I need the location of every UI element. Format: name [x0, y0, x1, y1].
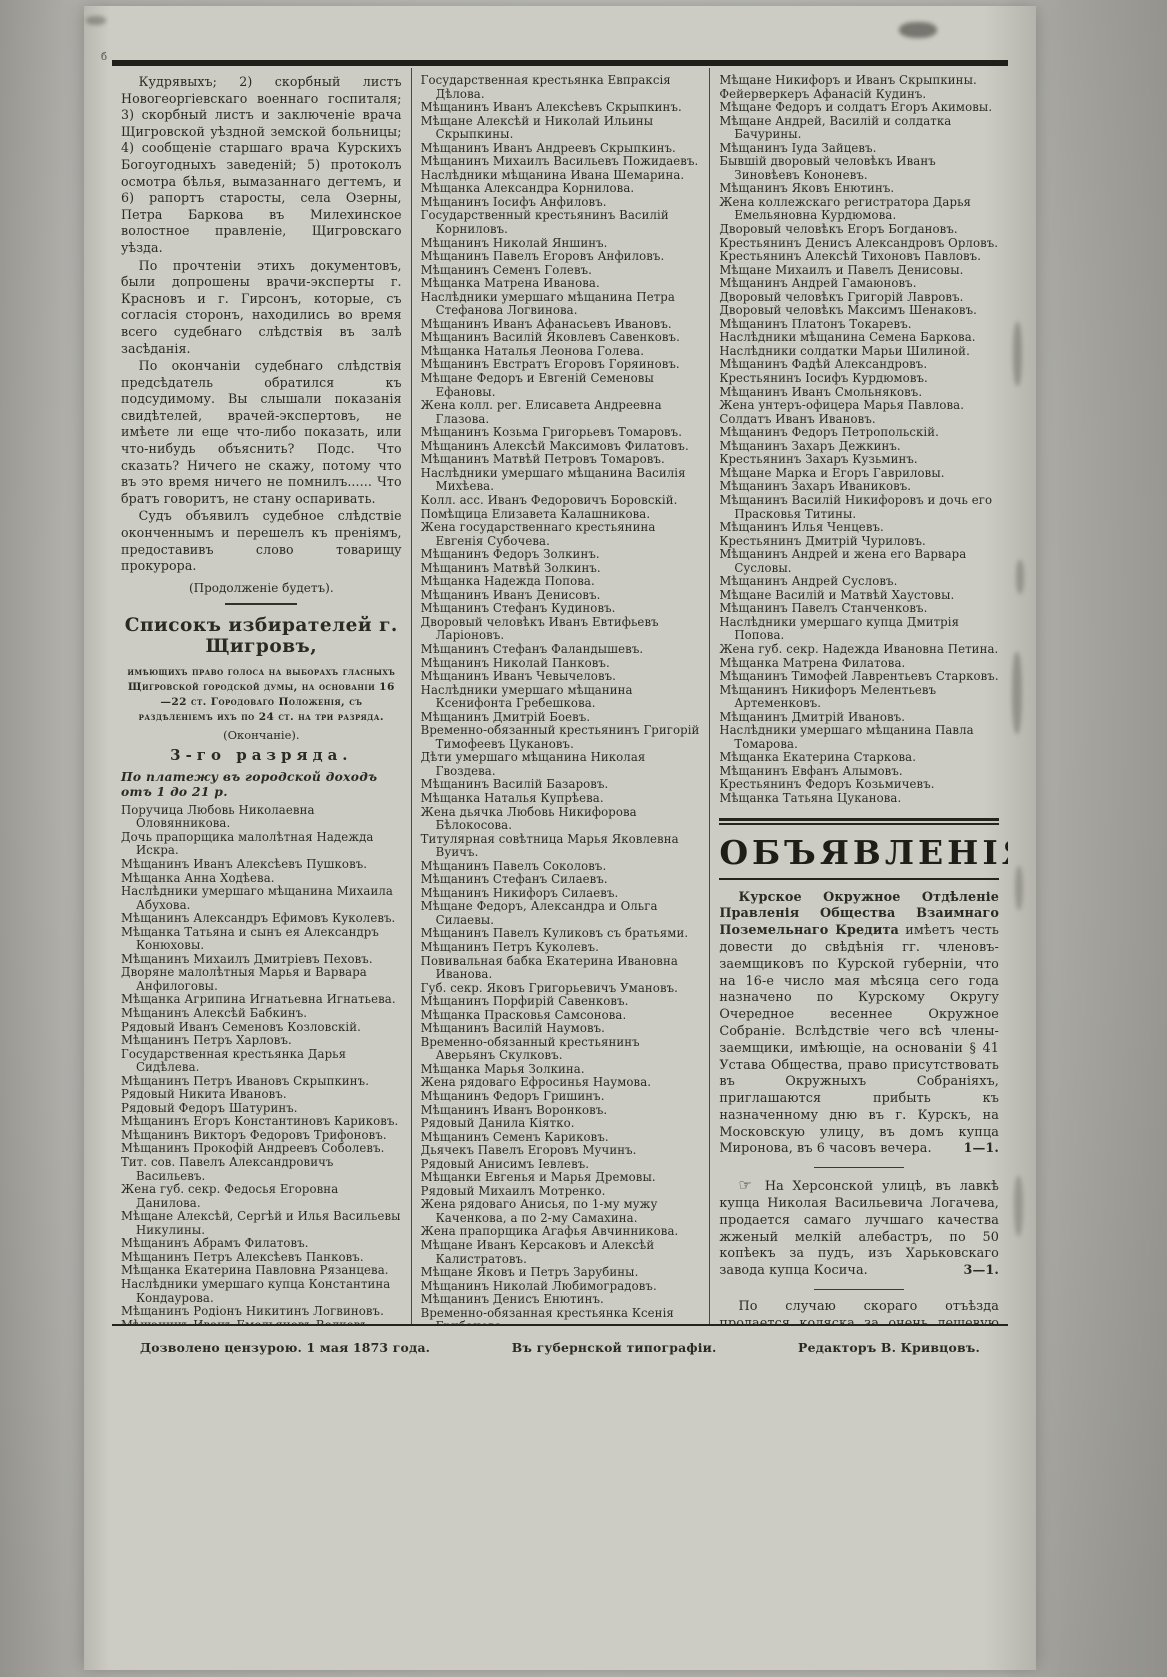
to-be-continued-note: (Продолженіе будетъ). — [121, 581, 402, 595]
voter-list-item: Мѣщанинъ Александръ Ефимовъ Куколевъ. — [121, 912, 402, 926]
voter-list-item: Мѣщанинъ Николай Яншинъ. — [421, 237, 701, 251]
voter-list-item: Наслѣдники умершаго мѣщанина Михаила Абу… — [121, 885, 402, 912]
voter-list-item: Мѣщанинъ Тимофей Лаврентьевъ Старковъ. — [719, 670, 999, 684]
voter-list-item: Рядовый Михаилъ Мотренко. — [421, 1185, 701, 1199]
voter-list-item: Мѣщанинъ Павелъ Станченковъ. — [719, 602, 999, 616]
voter-list-item: Мѣщане Иванъ Керсаковъ и Алексѣй Калистр… — [421, 1239, 701, 1266]
voter-list-item: Мѣщанинъ Иванъ Алексѣевъ Скрыпкинъ. — [421, 101, 701, 115]
voter-list-item: Государственный крестьянинъ Василій Корн… — [421, 209, 701, 236]
voter-list-item: Мѣщане Марка и Егоръ Гавриловы. — [719, 467, 999, 481]
voter-list-item: Дворовый человѣкъ Егоръ Богдановъ. — [719, 223, 999, 237]
voter-list-item: Мѣщанинъ Дмитрій Ивановъ. — [719, 711, 999, 725]
voter-list-item: Крестьянинъ Захаръ Кузьминъ. — [719, 453, 999, 467]
voter-list-item: Мѣщанка Прасковья Самсонова. — [421, 1009, 701, 1023]
voter-list-column3: Мѣщане Никифоръ и Иванъ Скрыпкины. Фейер… — [719, 74, 999, 806]
voter-list-item: Мѣщанинъ Семенъ Голевъ. — [421, 264, 701, 278]
voter-list-item: Дворяне малолѣтныя Марья и Варвара Анфил… — [121, 966, 402, 993]
voter-list-item: Крестьянинъ Денисъ Александровъ Орловъ. — [719, 237, 999, 251]
voter-list-item: Мѣщанинъ Павелъ Егоровъ Анфиловъ. — [421, 250, 701, 264]
voter-list-item: Мѣщанки Евгенья и Марья Дремовы. — [421, 1171, 701, 1185]
voter-list-item: Титулярная совѣтница Марья Яковлевна Вуи… — [421, 833, 701, 860]
voter-list-item: Мѣщанинъ Іосифъ Анфиловъ. — [421, 196, 701, 210]
category-heading: 3-го разряда. — [121, 746, 402, 764]
voter-list-item: Наслѣдники умершаго купца Дмитрія Попова… — [719, 616, 999, 643]
voter-list-item: Мѣщанинъ Стефанъ Фаландышевъ. — [421, 643, 701, 657]
voter-list-item: Жена рядоваго Анисья, по 1-му мужу Качен… — [421, 1198, 701, 1225]
voter-list-item: Мѣщанинъ Андрей Сусловъ. — [719, 575, 999, 589]
announcement-text: На Херсонской улицѣ, въ лавкѣ купца Нико… — [719, 1179, 999, 1278]
voter-list-item: Рядовый Никита Ивановъ. — [121, 1088, 402, 1102]
editor-note: Редакторъ В. Кривцовъ. — [798, 1340, 980, 1355]
voter-list-item: Мѣщанинъ Стефанъ Кудиновъ. — [421, 602, 701, 616]
announcement-divider — [814, 1289, 904, 1290]
column-1: Кудрявыхъ; 2) скорбный листъ Новогеоргіе… — [112, 68, 411, 1324]
voter-list-item: Мѣщанинъ Василій Наумовъ. — [421, 1022, 701, 1036]
column-2: Государственная крестьянка Евпраксія Дѣл… — [411, 68, 710, 1324]
article-paragraph: Кудрявыхъ; 2) скорбный листъ Новогеоргіе… — [121, 74, 402, 257]
voter-list-item: Мѣщане Федоръ и Евгеній Семеновы Ефановы… — [421, 372, 701, 399]
voter-list-item: Мѣщанинъ Никифоръ Силаевъ. — [421, 887, 701, 901]
voter-list-item: Временно-обязанная крестьянка Ксенія Гри… — [421, 1307, 701, 1324]
voter-list-item: Жена губ. секр. Надежда Ивановна Петина. — [719, 643, 999, 657]
voter-list-item: Дворовый человѣкъ Иванъ Евтифьевъ Ларіон… — [421, 616, 701, 643]
voter-list-item: Мѣщанинъ Илья Ченцевъ. — [719, 521, 999, 535]
voter-list-item: Мѣщанинъ Стефанъ Силаевъ. — [421, 873, 701, 887]
voter-list-item: Мѣщане Яковъ и Петръ Зарубины. — [421, 1266, 701, 1280]
voter-list-item: Мѣщанинъ Семенъ Кариковъ. — [421, 1131, 701, 1145]
article-paragraph: Судъ объявилъ судебное слѣдствіе окончен… — [121, 508, 402, 574]
voter-list-item: Мѣщанинъ Матвѣй Золкинъ. — [421, 562, 701, 576]
voter-list-item: Наслѣдники мѣщанина Семена Баркова. — [719, 331, 999, 345]
voter-list-item: Мѣщанинъ Николай Любимоградовъ. — [421, 1280, 701, 1294]
voter-list-item: Мѣщанинъ Петръ Харловъ. — [121, 1034, 402, 1048]
voter-list-item: Мѣщанинъ Никифоръ Мелентьевъ Артеменковъ… — [719, 684, 999, 711]
voter-list-item: Помѣщица Елизавета Калашникова. — [421, 508, 701, 522]
voter-list-item: Повивальная бабка Екатерина Ивановна Ива… — [421, 955, 701, 982]
voter-list-item: Мѣщанинъ Василій Никифоровъ и дочь его П… — [719, 494, 999, 521]
printed-area: Кудрявыхъ; 2) скорбный листъ Новогеоргіе… — [112, 60, 1008, 1355]
voter-list-item: Мѣщанинъ Фадѣй Александровъ. — [719, 358, 999, 372]
voter-list-item: Мѣщанинъ Захаръ Иваниковъ. — [719, 480, 999, 494]
announcement-divider — [814, 1167, 904, 1168]
voter-list-item: Жена прапорщика Агафья Авчинникова. — [421, 1225, 701, 1239]
voter-list-item: Мѣщане Федоръ и солдатъ Егоръ Акимовы. — [719, 101, 999, 115]
voter-list-item: Мѣщанинъ Михаилъ Васильевъ Пожидаевъ. — [421, 155, 701, 169]
voter-list-item: Мѣщанинъ Егоръ Константиновъ Кариковъ. — [121, 1115, 402, 1129]
voter-list-item: Мѣщанинъ Андрей Гамаюновъ. — [719, 277, 999, 291]
column-3: Мѣщане Никифоръ и Иванъ Скрыпкины. Фейер… — [709, 68, 1008, 1324]
voter-list-item: Мѣщанка Агрипина Игнатьевна Игнатьева. — [121, 993, 402, 1007]
voter-list-item: Мѣщанка Наталья Купрѣева. — [421, 792, 701, 806]
voter-list-item: Мѣщанинъ Андрей и жена его Варвара Сусло… — [719, 548, 999, 575]
voter-list-item: Жена рядоваго Ефросинья Наумова. — [421, 1076, 701, 1090]
voter-list-item: Мѣщанинъ Евстратъ Егоровъ Горяиновъ. — [421, 358, 701, 372]
voter-list-item: Мѣщанинъ Николай Панковъ. — [421, 657, 701, 671]
voter-list-item: Жена унтеръ-офицера Марья Павлова. — [719, 399, 999, 413]
announcement-credit-society: Курское Окружное Отдѣленіе Правленія Общ… — [719, 890, 999, 1159]
voter-list-item: Колл. асс. Иванъ Федоровичъ Боровскій. — [421, 494, 701, 508]
voter-list-item: Государственная крестьянка Дарья Сидѣлев… — [121, 1048, 402, 1075]
pointing-hand-icon: ☞ — [739, 1176, 757, 1194]
section-divider — [225, 603, 297, 605]
voter-list-item: Мѣщанка Наталья Леонова Голева. — [421, 345, 701, 359]
voter-list-item: Мѣщанинъ Иванъ Воронковъ. — [421, 1104, 701, 1118]
newspaper-page: { "article": { "paragraphs": [ "Кудрявых… — [0, 0, 1167, 1677]
columns: Кудрявыхъ; 2) скорбный листъ Новогеоргіе… — [112, 68, 1008, 1324]
voter-list-item: Мѣщане Никифоръ и Иванъ Скрыпкины. — [719, 74, 999, 88]
printer-note: Въ губернской типографіи. — [512, 1340, 717, 1355]
voter-list-item: Мѣщанинъ Павелъ Куликовъ съ братьями. — [421, 927, 701, 941]
voter-list-item: Мѣщане Андрей, Василій и солдатка Бачури… — [719, 115, 999, 142]
voter-list-title: Списокъ избирателей г. Щигровъ, — [121, 615, 402, 657]
voter-list-item: Фейерверкеръ Афанасій Кудинъ. — [719, 88, 999, 102]
voter-list-item: Мѣщанинъ Иванъ Андреевъ Скрыпкинъ. — [421, 142, 701, 156]
voter-list-item: Государственная крестьянка Евпраксія Дѣл… — [421, 74, 701, 101]
category-note: По платежу въ городской доходъ отъ 1 до … — [121, 769, 402, 799]
voter-list-item: Мѣщанинъ Павелъ Соколовъ. — [421, 860, 701, 874]
voter-list-item: Мѣщанинъ Алексѣй Бабкинъ. — [121, 1007, 402, 1021]
announcement-run-mark: 3—1. — [964, 1263, 999, 1280]
voter-list-item: Мѣщанинъ Иванъ Афанасьевъ Ивановъ. — [421, 318, 701, 332]
ending-note: (Окончаніе). — [121, 728, 402, 742]
voter-list-item: Мѣщанка Анна Ходѣева. — [121, 872, 402, 886]
announcements-title-rule — [719, 878, 999, 880]
voter-list-item: Мѣщанинъ Василій Яковлевъ Савенковъ. — [421, 331, 701, 345]
page-edge-mark — [1014, 1176, 1023, 1236]
voter-list-item: Поручица Любовь Николаевна Оловянникова. — [121, 804, 402, 831]
voter-list-item: Наслѣдники умершаго мѣщанина Василія Мих… — [421, 467, 701, 494]
voter-list-item: Жена дьячка Любовь Никифорова Бѣлокосова… — [421, 806, 701, 833]
voter-list-item: Мѣщанинъ Денисъ Енютинъ. — [421, 1293, 701, 1307]
ink-smudge — [899, 22, 937, 38]
voter-list-item: Наслѣдники умершаго мѣщанина Павла Томар… — [719, 724, 999, 751]
page-edge-mark — [1016, 560, 1024, 594]
announcement-run-mark: 1—1. — [964, 1141, 999, 1158]
voter-list-item: Мѣщанка Матрена Иванова. — [421, 277, 701, 291]
voter-list-item: Мѣщанинъ Иванъ Денисовъ. — [421, 589, 701, 603]
voter-list-subtitle: имѣющихъ право голоса на выборахъ гласны… — [121, 665, 402, 725]
voter-list-item: Крестьянинъ Дмитрій Чуриловъ. — [719, 535, 999, 549]
voter-list-item: Мѣщанинъ Иванъ Смольняковъ. — [719, 386, 999, 400]
voter-list-item: Наслѣдники умершаго мѣщанина Петра Стефа… — [421, 291, 701, 318]
masthead-rule — [112, 60, 1008, 66]
voter-list-item: Мѣщане Алексѣй и Николай Ильины Скрыпкин… — [421, 115, 701, 142]
voter-list-item: Жена государственнаго крестьянина Евгені… — [421, 521, 701, 548]
voter-list-item: Временно-обязанный крестьянинъ Аверьянъ … — [421, 1036, 701, 1063]
voter-list-item: Мѣщанинъ Іуда Зайцевъ. — [719, 142, 999, 156]
voter-list-item: Дѣти умершаго мѣщанина Николая Гвоздева. — [421, 751, 701, 778]
voter-list-item: Рядовый Данила Кіятко. — [421, 1117, 701, 1131]
voter-list-item: Мѣщане Алексѣй, Сергѣй и Илья Васильевы … — [121, 1210, 402, 1237]
voter-list-item: Мѣщане Василій и Матвѣй Хаустовы. — [719, 589, 999, 603]
voter-list-item: Дворовый человѣкъ Максимъ Шенаковъ. — [719, 304, 999, 318]
article-paragraph: По прочтеніи этихъ документовъ, были доп… — [121, 258, 402, 358]
voter-list-item: Жена коллежскаго регистратора Дарья Емел… — [719, 196, 999, 223]
announcement-carriage: По случаю скораго отъѣзда продается коля… — [719, 1299, 999, 1324]
voter-list-item: Мѣщанинъ Прокофій Андреевъ Соболевъ. — [121, 1142, 402, 1156]
voter-list-item: Мѣщанинъ Родіонъ Никитинъ Логвиновъ. — [121, 1305, 402, 1319]
voter-list-item: Мѣщанинъ Михаилъ Дмитріевъ Пеховъ. — [121, 953, 402, 967]
voter-list-item: Мѣщанинъ Козьма Григорьевъ Томаровъ. — [421, 426, 701, 440]
voter-list-item: Крестьянинъ Федоръ Козьмичевъ. — [719, 778, 999, 792]
page-edge-mark — [1015, 866, 1023, 910]
page-signature-mark: б — [101, 52, 107, 63]
voter-list-item: Дочь прапорщика малолѣтная Надежда Искра… — [121, 831, 402, 858]
voter-list-item: Мѣщанинъ Евфанъ Алымовъ. — [719, 765, 999, 779]
voter-list-item: Крестьянинъ Іосифъ Курдюмовъ. — [719, 372, 999, 386]
voter-list-item: Мѣщанинъ Петръ Алексѣевъ Панковъ. — [121, 1251, 402, 1265]
voter-list-item: Дворовый человѣкъ Григорій Лавровъ. — [719, 291, 999, 305]
voter-list-item: Мѣщанинъ Порфирій Савенковъ. — [421, 995, 701, 1009]
announcement-alabaster: ☞ На Херсонской улицѣ, въ лавкѣ купца Ни… — [719, 1177, 999, 1280]
voter-list-item: Мѣщанинъ Иванъ Чевычеловъ. — [421, 670, 701, 684]
ink-smudge — [86, 16, 106, 25]
voter-list-item: Наслѣдники мѣщанина Ивана Шемарина. — [421, 169, 701, 183]
voter-list-item: Мѣщанка Екатерина Старкова. — [719, 751, 999, 765]
voter-list-item: Мѣщанинъ Петръ Куколевъ. — [421, 941, 701, 955]
voter-list-item: Мѣщанинъ Яковъ Енютинъ. — [719, 182, 999, 196]
voter-list-item: Мѣщанка Александра Корнилова. — [421, 182, 701, 196]
voter-list-item: Мѣщанка Татьяна и сынъ ея Александръ Кон… — [121, 926, 402, 953]
page-edge-mark — [1013, 322, 1022, 386]
voter-list-item: Рядовый Иванъ Семеновъ Козловскій. — [121, 1021, 402, 1035]
voter-list-item: Жена губ. секр. Федосья Егоровна Данилов… — [121, 1183, 402, 1210]
voter-list-item: Мѣщане Федоръ, Александра и Ольга Силаев… — [421, 900, 701, 927]
announcement-text: По случаю скораго отъѣзда продается коля… — [719, 1299, 999, 1324]
voter-list-item: Рядовый Анисимъ Іевлевъ. — [421, 1158, 701, 1172]
voter-list-item: Жена колл. рег. Елисавета Андреевна Глаз… — [421, 399, 701, 426]
voter-list-item: Наслѣдники умершаго мѣщанина Ксенифонта … — [421, 684, 701, 711]
voter-list-item: Мѣщанинъ Абрамъ Филатовъ. — [121, 1237, 402, 1251]
voter-list-item: Бывшій дворовый человѣкъ Иванъ Зиновѣевъ… — [719, 155, 999, 182]
voter-list-item: Мѣщанинъ Матвѣй Петровъ Томаровъ. — [421, 453, 701, 467]
page-edge-mark — [1012, 652, 1022, 734]
voter-list-item: Мѣщанинъ Дмитрій Боевъ. — [421, 711, 701, 725]
voter-list-item: Наслѣдники умершаго купца Константина Ко… — [121, 1278, 402, 1305]
voter-list-item: Мѣщанинъ Федоръ Золкинъ. — [421, 548, 701, 562]
voter-list-item: Рядовый Федоръ Шатуринъ. — [121, 1102, 402, 1116]
voter-list-column1: Поручица Любовь Николаевна Оловянникова.… — [121, 804, 402, 1324]
article-paragraph: По окончаніи судебнаго слѣдствія предсѣд… — [121, 358, 402, 507]
voter-list-item: Солдатъ Иванъ Ивановъ. — [719, 413, 999, 427]
voter-list-item: Мѣщанинъ Иванъ Емельяновъ Волковъ. — [121, 1319, 402, 1324]
voter-list-item: Мѣщанинъ Захаръ Дежкинъ. — [719, 440, 999, 454]
voter-list-item: Мѣщанинъ Федоръ Петропольскій. — [719, 426, 999, 440]
voter-list-item: Мѣщанинъ Федоръ Гришинъ. — [421, 1090, 701, 1104]
voter-list-item: Тит. сов. Павелъ Александровичъ Васильев… — [121, 1156, 402, 1183]
voter-list-item: Мѣщанинъ Алексѣй Максимовъ Филатовъ. — [421, 440, 701, 454]
voter-list-item: Мѣщанинъ Платонъ Токаревъ. — [719, 318, 999, 332]
announcement-text: имѣетъ честь довести до свѣдѣнія гг. чле… — [719, 923, 999, 1156]
voter-list-column2: Государственная крестьянка Евпраксія Дѣл… — [421, 74, 701, 1324]
voter-list-item: Мѣщанка Екатерина Павловна Рязанцева. — [121, 1264, 402, 1278]
censor-note: Дозволено цензурою. 1 мая 1873 года. — [140, 1340, 430, 1355]
voter-list-item: Мѣщане Михаилъ и Павелъ Денисовы. — [719, 264, 999, 278]
voter-list-item: Дьячекъ Павелъ Егоровъ Мучинъ. — [421, 1144, 701, 1158]
voter-list-item: Мѣщанинъ Василій Базаровъ. — [421, 778, 701, 792]
voter-list-item: Мѣщанинъ Иванъ Алексѣевъ Пушковъ. — [121, 858, 402, 872]
voter-list-item: Мѣщанка Татьяна Цуканова. — [719, 792, 999, 806]
announcements-title: ОБЪЯВЛЕНІЯ. — [719, 825, 999, 878]
announcements-top-rule — [719, 818, 999, 825]
imprint-footer: Дозволено цензурою. 1 мая 1873 года. Въ … — [112, 1326, 1008, 1355]
voter-list-item: Мѣщанка Надежда Попова. — [421, 575, 701, 589]
voter-list-item: Губ. секр. Яковъ Григорьевичъ Умановъ. — [421, 982, 701, 996]
voter-list-item: Крестьянинъ Алексѣй Тихоновъ Павловъ. — [719, 250, 999, 264]
voter-list-item: Временно-обязанный крестьянинъ Григорій … — [421, 724, 701, 751]
voter-list-item: Мѣщанка Матрена Филатова. — [719, 657, 999, 671]
voter-list-item: Наслѣдники солдатки Марьи Шилиной. — [719, 345, 999, 359]
voter-list-item: Мѣщанинъ Викторъ Федоровъ Трифоновъ. — [121, 1129, 402, 1143]
voter-list-item: Мѣщанинъ Петръ Ивановъ Скрыпкинъ. — [121, 1075, 402, 1089]
voter-list-item: Мѣщанка Марья Золкина. — [421, 1063, 701, 1077]
